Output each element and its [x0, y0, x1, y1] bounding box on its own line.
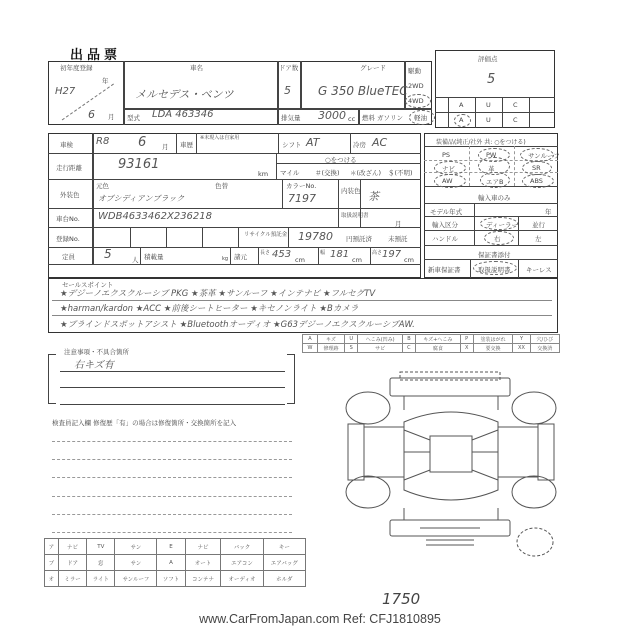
shift-value: AT — [306, 136, 319, 149]
import-only-label: 輸入車のみ — [478, 193, 511, 202]
car-name-value: メルセデス・ベンツ — [135, 86, 234, 102]
fuel-label: 燃料 — [362, 113, 375, 122]
inspector-label: 検査員記入欄 修復歴「有」の場合は修復箇所・交換箇所を記入 — [52, 418, 236, 427]
doc-keyless: キーレス — [526, 265, 552, 274]
color-label: 外装色 — [60, 190, 80, 199]
displacement-value: 3000 — [318, 109, 346, 122]
interior-color: 茶 — [368, 188, 379, 204]
model-label: 型式 — [127, 113, 140, 122]
recycle-value: 19780 — [298, 230, 333, 243]
registration-label: 登録No. — [56, 234, 80, 243]
score-label: 評価点 — [478, 54, 498, 63]
equip-ps: PS — [442, 151, 450, 159]
equipment-label: 装備品(純正/社外 共: ○をつける) — [436, 137, 526, 146]
damage-legend: Aキズ Uへこみ(凹み) Bキズ+へこみ P塗装はがれ Y穴/ひび W修理跡 S… — [302, 334, 560, 353]
mileage-value: 93161 — [118, 157, 159, 172]
grade-label: グレード — [360, 63, 386, 72]
inspection-label: 車検 — [60, 140, 73, 149]
notes-label: 注意事項・不具合箇所 — [64, 347, 129, 356]
inspection-value: R8 — [96, 136, 109, 147]
doors-value: 5 — [284, 84, 291, 97]
chassis-label: 車台No. — [56, 214, 80, 223]
drive-2wd: 2WD — [408, 82, 424, 90]
sales-point-line-2: ★harman/kardon ★ACC ★前後シートヒーター ★キセノンライト … — [60, 302, 358, 314]
drive-selected-circle — [405, 94, 431, 108]
drive-label: 駆動 — [408, 66, 421, 75]
car-name-label: 車名 — [190, 63, 203, 72]
score-value: 5 — [487, 72, 495, 87]
load-label: 積載量 — [144, 252, 164, 261]
notes-value: 右キズ有 — [74, 356, 114, 371]
sales-point-line-3: ★ブラインドスポットアシスト ★Bluetoothオーディオ ★G63デジーノエ… — [60, 318, 415, 330]
doors-label: ドア数 — [279, 63, 298, 72]
ac-value: AC — [372, 136, 387, 149]
displacement-label: 排気量 — [281, 113, 301, 122]
first-registration-label: 初年度登録 — [60, 63, 93, 72]
capacity-label: 定員 — [62, 252, 75, 261]
mileage-label: 走行距離 — [56, 163, 82, 172]
mileage-miles-option: マイル — [280, 168, 299, 177]
length-value: 453 — [272, 249, 291, 260]
width-value: 181 — [330, 249, 349, 260]
grade-value: G 350 BlueTEC — [318, 84, 408, 98]
handwritten-price: 1750 — [382, 590, 420, 608]
capacity-value: 5 — [104, 247, 112, 261]
documents-label: 保証書添付 — [478, 250, 511, 259]
history-label: 車歴 — [180, 140, 193, 149]
color-number: 7197 — [288, 192, 316, 205]
model-value: LDA 463346 — [152, 109, 213, 120]
recycle-label: リサイクル預託金 — [244, 230, 287, 238]
options-grid: アナビTVサン Eナビバックキー ブドア窓サン Aオートエアコンエアバッグ オミ… — [44, 538, 306, 587]
sales-point-line-1: ★デジーノエクスクルーシブ PKG ★茶革 ★サンルーフ ★インテナビ ★フルセ… — [60, 287, 375, 299]
car-body-diagram-icon — [340, 370, 580, 570]
watermark-ref: www.CarFromJapan.com Ref: CFJ1810895 — [0, 612, 640, 626]
chassis-value: WDB4633462X236218 — [98, 211, 212, 222]
ac-label: 冷房 — [353, 140, 366, 149]
doc-warranty: 新車保証書 — [428, 265, 461, 274]
inspection-month: 6 — [138, 135, 146, 150]
color-original: オブシディアンブラック — [98, 193, 184, 204]
height-value: 197 — [382, 249, 401, 260]
shift-label: シフト — [282, 140, 302, 149]
